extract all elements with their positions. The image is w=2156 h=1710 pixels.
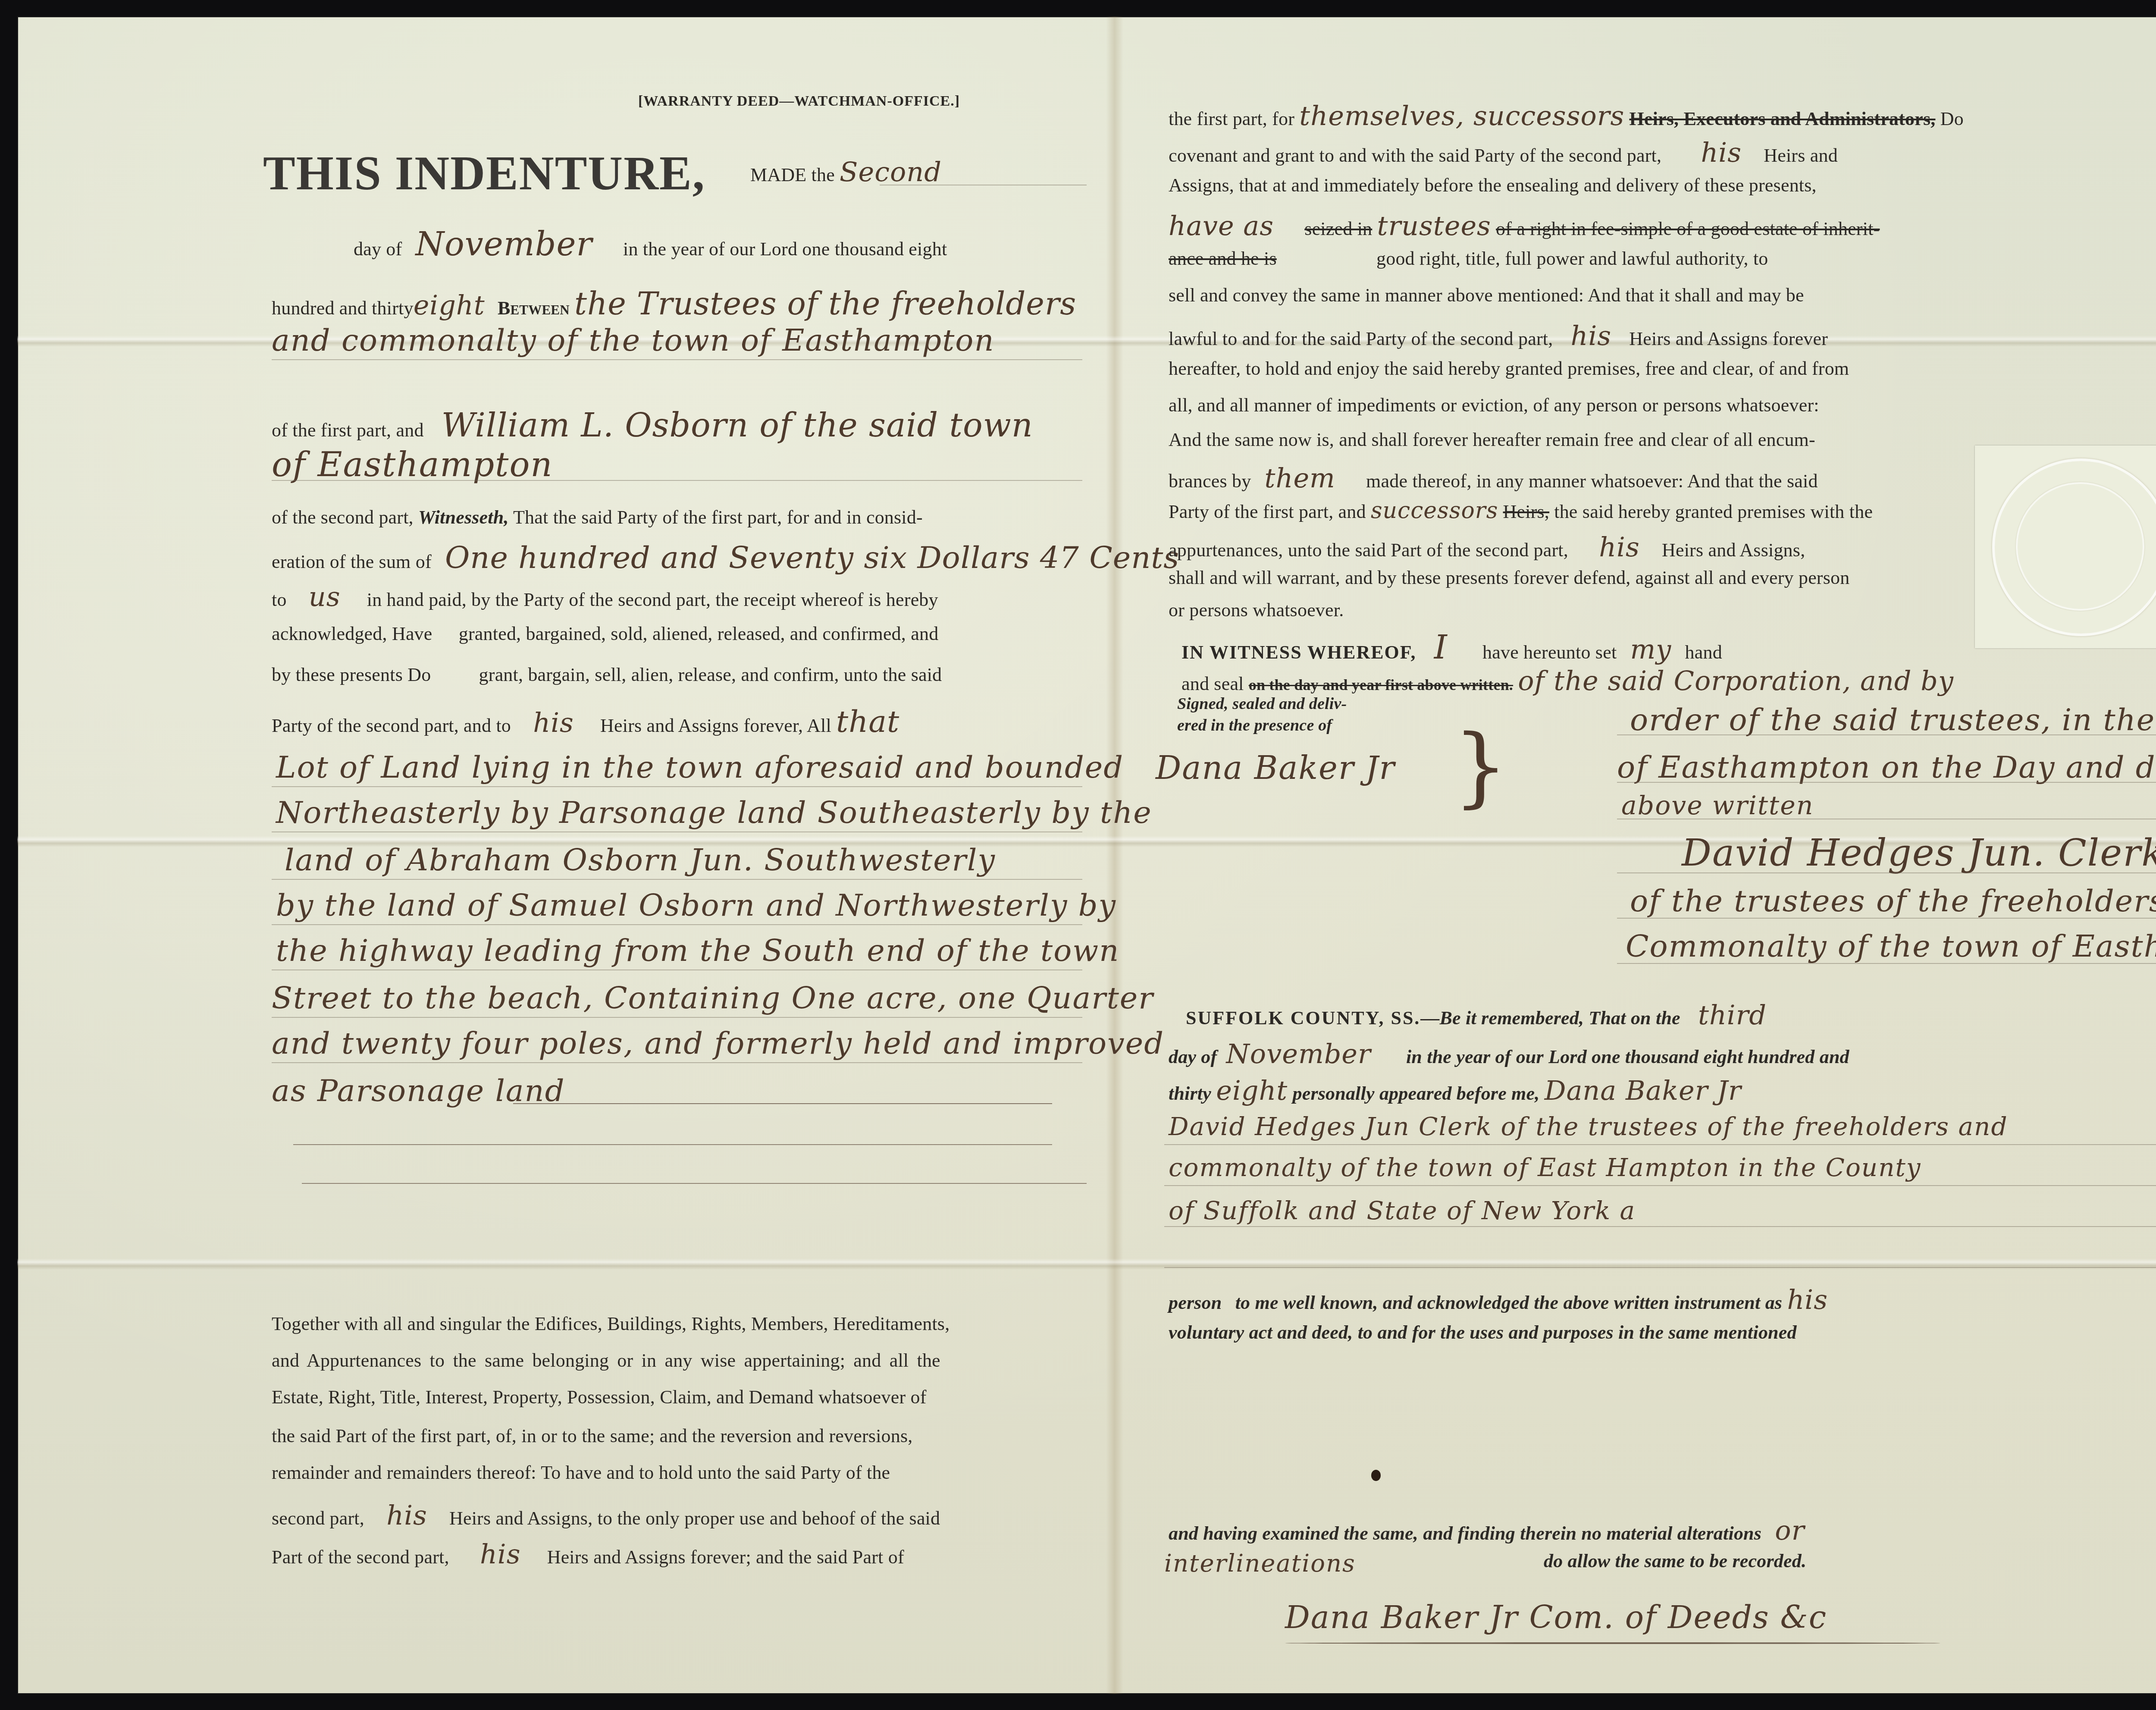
handwritten-interlineations: interlineations [1164, 1550, 1356, 1578]
covenant-line: sell and convey the same in manner above… [1169, 286, 1804, 305]
date-line: day of November in the year of our Lord … [354, 228, 947, 260]
rule-line [272, 480, 1082, 481]
covenant-line: covenant and grant to and with the said … [1169, 139, 1838, 166]
handwritten-third: third [1698, 999, 1767, 1031]
rule-line [1617, 918, 2156, 919]
form-header-label: [WARRANTY DEED—WATCHMAN-OFFICE.] [638, 94, 960, 109]
print-text: of the second part, [272, 507, 414, 528]
struck-text: of a right in fee-simple of a good estat… [1496, 218, 1880, 239]
covenant-line: or persons whatsoever. [1169, 601, 1344, 620]
print-text: good right, title, full power and lawful… [1376, 248, 1768, 269]
print-text: brances by [1169, 471, 1251, 492]
consideration-line: eration of the sum of One hundred and Se… [272, 543, 1179, 573]
ack-handwritten-line: David Hedges Jun Clerk of the trustees o… [1169, 1112, 2008, 1141]
handwritten-that: that [836, 704, 899, 739]
covenant-line: Assigns, that at and immediately before … [1169, 176, 1817, 195]
print-text: eration of the sum of [272, 551, 432, 572]
ack-county-line: SUFFOLK COUNTY, SS.—Be it remembered, Th… [1186, 1002, 1767, 1029]
between-line: hundred and thirtyeight Between the Trus… [272, 288, 1076, 319]
handwritten-year: eight [414, 289, 485, 321]
print-text: Party of the second part, and to [272, 715, 511, 736]
print-text: in the year of our Lord one thousand eig… [1406, 1046, 1849, 1067]
ink-blot [1371, 1470, 1381, 1481]
handwritten-above-written: above written [1621, 791, 1814, 821]
print-text: Heirs and Assigns forever, All [600, 715, 831, 736]
land-description-line: and twenty four poles, and formerly held… [272, 1026, 1164, 1061]
struck-text: on the day and year first above written. [1249, 676, 1513, 693]
print-text: by these presents Do [272, 664, 431, 685]
acknowledged-line: acknowledged, Have granted, bargained, s… [272, 624, 938, 643]
signed-label: Signed, sealed and deliv- [1177, 696, 1347, 712]
ack-handwritten-line: commonalty of the town of East Hampton i… [1169, 1153, 1921, 1182]
handwritten-his: his [1571, 320, 1612, 351]
print-text: Party of the first part, and [1169, 501, 1366, 522]
print-text: appurtenances, unto the said Part of the… [1169, 540, 1568, 561]
covenant-line: all, and all manner of impediments or ev… [1169, 396, 1819, 415]
habendum-line: Together with all and singular the Edifi… [272, 1315, 950, 1333]
rule-line [272, 831, 1082, 832]
embossed-seal: EASTHAMPTON [1975, 446, 2156, 648]
handwritten-i: I [1434, 628, 1448, 666]
handwritten-month: November [1226, 1038, 1371, 1070]
print-text: MADE the [750, 164, 835, 185]
handwritten-grantee-cont: of Easthampton [272, 446, 553, 484]
rule-line [1617, 872, 2156, 873]
rule-line [272, 924, 1082, 925]
habendum-line: Part of the second part, his Heirs and A… [272, 1541, 904, 1568]
covenant-line: ance and he is good right, title, full p… [1169, 249, 1768, 268]
ack-date-line: day of November in the year of our Lord … [1169, 1041, 1849, 1067]
clerk-signature: David Hedges Jun. Clerk [1682, 831, 2156, 875]
rule-line [1617, 782, 2156, 783]
rule-line [1617, 963, 2156, 964]
rule-line [272, 970, 1082, 970]
rule-line [1617, 734, 2156, 735]
handwritten-year: eight [1216, 1075, 1288, 1106]
witnesseth-line: of the second part, Witnesseth, That the… [272, 508, 923, 527]
land-description-line: the highway leading from the South end o… [276, 933, 1119, 968]
handwritten-my: my [1630, 634, 1672, 665]
handwritten-corporation: of the said Corporation, and by [1518, 665, 1954, 697]
print-text: personally appeared before me, [1292, 1083, 1539, 1104]
handwritten-month: November [416, 225, 592, 263]
covenant-line: the first part, for themselves, successo… [1169, 103, 1964, 129]
print-text: to [272, 589, 287, 610]
handwritten-grantor-cont: and commonalty of the town of Easthampto… [272, 323, 995, 358]
land-description-line: Lot of Land lying in the town aforesaid … [276, 750, 1124, 785]
print-text: and having examined the same, and findin… [1169, 1523, 1761, 1544]
struck-text: ance and he is [1169, 248, 1277, 269]
print-text: IN WITNESS WHEREOF, [1181, 642, 1416, 663]
handwritten-his: his [533, 707, 574, 738]
struck-text: Heirs, Executors and Administrators, [1629, 108, 1935, 129]
print-text: grant, bargain, sell, alien, release, an… [479, 664, 942, 685]
covenant-line: hereafter, to hold and enjoy the said he… [1169, 359, 1849, 378]
handwritten-grantee: William L. Osborn of the said town [442, 406, 1033, 444]
covenant-line: brances by them made thereof, in any man… [1169, 465, 1818, 492]
rule-line [272, 1017, 1082, 1018]
handwritten-or: or [1775, 1515, 1805, 1546]
print-text: in hand paid, by the Party of the second… [367, 589, 938, 610]
rule-line [272, 879, 1082, 880]
print-text: Do [1940, 108, 1964, 129]
county-label: SUFFOLK COUNTY, SS. [1186, 1007, 1420, 1029]
handwritten-them: them [1265, 462, 1335, 494]
habendum-line: remainder and remainders thereof: To hav… [272, 1463, 890, 1482]
witness-line: IN WITNESS WHEREOF, I have hereunto set … [1181, 631, 1722, 664]
ack-voluntary-line: voluntary act and deed, to and for the u… [1169, 1323, 1797, 1342]
ack-appeared-line: thirty eight personally appeared before … [1169, 1077, 1742, 1104]
habendum-line: and Appurtenances to the same belonging … [272, 1351, 940, 1370]
print-text: Heirs and Assigns, [1662, 540, 1805, 561]
brace-icon: } [1453, 724, 1508, 810]
print-text: That the said Party of the first part, f… [513, 507, 923, 528]
land-description-line: by the land of Samuel Osborn and Northwe… [276, 888, 1116, 923]
print-text: Heirs and Assigns forever; and the said … [547, 1547, 904, 1568]
handwritten-name: Dana Baker Jr [1545, 1075, 1742, 1106]
right-page: the first part, for themselves, successo… [1121, 16, 2156, 1694]
print-text: acknowledged, Have [272, 623, 432, 644]
print-text: the said hereby granted premises with th… [1554, 501, 1873, 522]
print-text: —Be it remembered, That on the [1420, 1007, 1680, 1029]
deed-sheet: [WARRANTY DEED—WATCHMAN-OFFICE.] THIS IN… [17, 16, 2156, 1694]
rule-line [272, 359, 1082, 360]
left-page: [WARRANTY DEED—WATCHMAN-OFFICE.] THIS IN… [17, 16, 1108, 1694]
print-text: hand [1685, 642, 1722, 663]
clerk-title-line: of the trustees of the freeholders and [1630, 883, 2156, 919]
seal-line: and seal on the day and year first above… [1181, 668, 1954, 694]
print-text: covenant and grant to and with the said … [1169, 145, 1661, 166]
covenant-line: shall and will warrant, and by these pre… [1169, 568, 1849, 587]
covenant-line: And the same now is, and shall forever h… [1169, 430, 1815, 449]
handwritten-successors: successors [1371, 498, 1498, 524]
land-description-line: Street to the beach, Containing One acre… [272, 980, 1154, 1016]
rule-line [1164, 1144, 2156, 1145]
handwritten-themselves: themselves, successors [1299, 100, 1624, 132]
ack-person-line: person to me well known, and acknowledge… [1169, 1286, 1828, 1313]
seal-inner-ring [2016, 482, 2144, 611]
print-text: Heirs and Assigns forever [1629, 328, 1828, 349]
made-the-line: MADE the Second [750, 159, 942, 185]
handwritten-his: his [1701, 137, 1742, 168]
handwritten-town-line: of Easthampton on the Day and date first [1617, 750, 2156, 785]
covenant-line: have as seized in trustees of a right in… [1169, 213, 1880, 239]
print-text: to me well known, and acknowledged the a… [1235, 1292, 1783, 1313]
handwritten-order-line: order of the said trustees, in the town [1630, 702, 2156, 737]
rule-line [272, 786, 1082, 787]
center-fold [1106, 16, 1123, 1694]
presents-line: by these presents Do grant, bargain, sel… [272, 665, 942, 684]
print-text: person [1169, 1292, 1222, 1313]
rule-line [1617, 819, 2156, 819]
print-text: and seal [1181, 673, 1244, 694]
filler-stroke [302, 1183, 1087, 1184]
struck-text: seized in [1304, 218, 1372, 239]
print-text: Part of the second part, [272, 1547, 449, 1568]
print-text: day of [1169, 1046, 1217, 1067]
ack-allow-line: do allow the same to be recorded. [1544, 1552, 1806, 1571]
handwritten-his: his [1787, 1284, 1828, 1315]
signature-flourish [1285, 1642, 1940, 1644]
rule-line [880, 185, 1087, 185]
signed-label: ered in the presence of [1177, 717, 1332, 734]
print-text: in the year of our Lord one thousand eig… [623, 238, 947, 260]
handwritten-his: his [1599, 531, 1640, 563]
ack-handwritten-line: of Suffolk and State of New York a [1169, 1196, 1636, 1225]
struck-text: Heirs, [1503, 501, 1550, 522]
handwritten-amount: One hundred and Seventy six Dollars 47 C… [445, 540, 1179, 575]
print-text: second part, [272, 1508, 364, 1529]
print-italic: Witnesseth, [418, 507, 509, 528]
handwritten-his: his [480, 1538, 521, 1570]
print-text: hundred and thirty [272, 298, 414, 319]
covenant-line: Party of the first part, and successors … [1169, 499, 1873, 522]
witness-signature: Dana Baker Jr [1156, 750, 1395, 787]
habendum-line: the said Part of the first part, of, in … [272, 1427, 913, 1446]
covenant-line: lawful to and for the said Party of the … [1169, 323, 1828, 349]
handwritten-have-as: have as [1169, 210, 1274, 242]
handwritten-us: us [309, 581, 341, 612]
paid-line: to us in hand paid, by the Party of the … [272, 584, 938, 610]
handwritten-grantor: the Trustees of the freeholders [574, 286, 1076, 322]
land-description-line: land of Abraham Osborn Jun. Southwesterl… [285, 842, 996, 878]
ack-examined-line: and having examined the same, and findin… [1169, 1517, 1805, 1544]
print-text: the first part, for [1169, 108, 1294, 129]
clerk-title-line: Commonalty of the town of Easthampton [1626, 929, 2156, 964]
habendum-line: second part, his Heirs and Assigns, to t… [272, 1502, 940, 1529]
handwritten-his: his [386, 1500, 427, 1531]
first-part-line: of the first part, and William L. Osborn… [272, 409, 1033, 442]
filler-stroke [293, 1144, 1052, 1145]
commissioner-signature: Dana Baker Jr Com. of Deeds &c [1285, 1599, 1827, 1635]
print-text: lawful to and for the said Party of the … [1169, 328, 1553, 349]
print-text: of the first part, and [272, 420, 424, 441]
print-text: thirty [1169, 1083, 1211, 1104]
rule-line [1164, 1226, 2156, 1227]
print-text: day of [354, 238, 402, 260]
handwritten-day: Second [840, 156, 942, 188]
print-text: granted, bargained, sold, aliened, relea… [459, 623, 939, 644]
land-description-line: Northeasterly by Parsonage land Southeas… [276, 795, 1152, 830]
rule-line [1164, 1267, 2156, 1268]
print-text: Heirs and [1764, 145, 1838, 166]
print-text: Between [498, 298, 570, 319]
rule-line [272, 1062, 1082, 1063]
print-text: have hereunto set [1482, 642, 1617, 663]
print-text: made thereof, in any manner whatsoever: … [1366, 471, 1818, 492]
print-text: Heirs and Assigns, to the only proper us… [449, 1508, 940, 1529]
habendum-line: Estate, Right, Title, Interest, Property… [272, 1388, 927, 1407]
handwritten-trustees: trustees [1377, 210, 1491, 242]
deed-title: THIS INDENTURE, [263, 146, 705, 201]
filler-stroke [513, 1103, 1052, 1104]
heirs-line: Party of the second part, and to his Hei… [272, 706, 899, 737]
rule-line [1164, 1185, 2156, 1186]
covenant-line: appurtenances, unto the said Part of the… [1169, 534, 1805, 561]
